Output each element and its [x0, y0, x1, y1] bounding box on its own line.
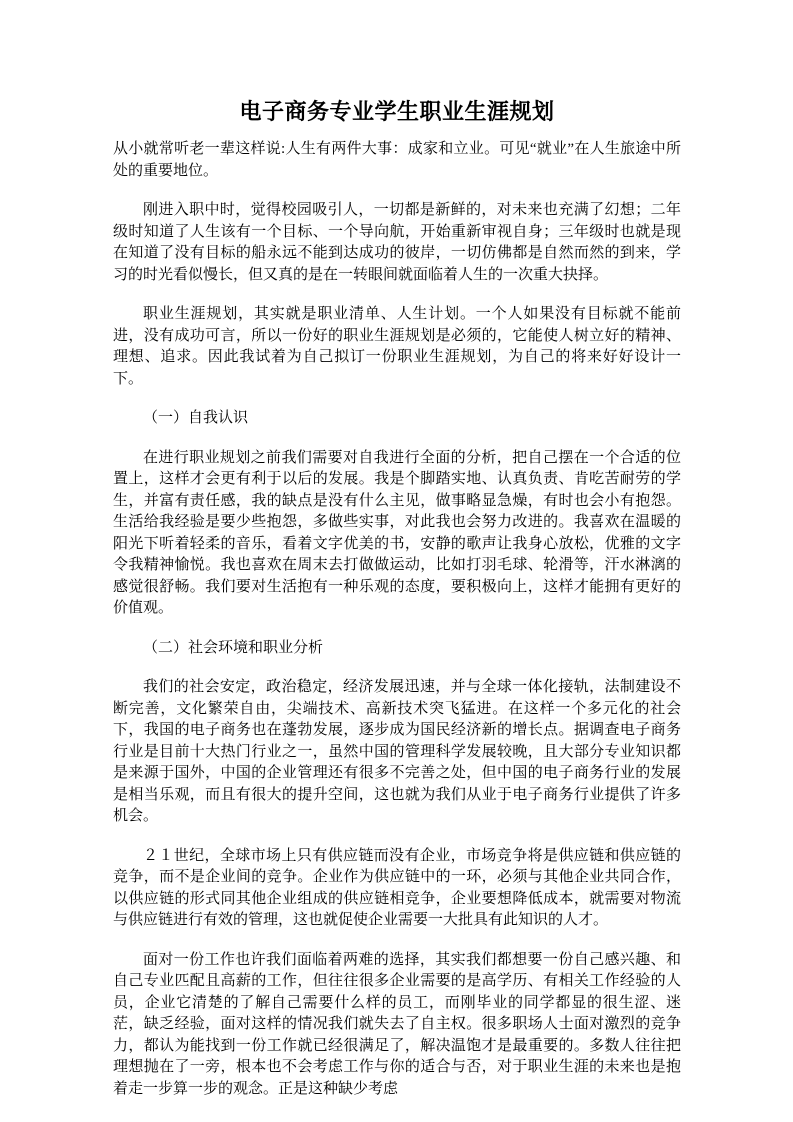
paragraph: 我们的社会安定，政治稳定，经济发展迅速，并与全球一体化接轨，法制建设不断完善，文…	[113, 677, 681, 828]
document-page: 电子商务专业学生职业生涯规划 从小就常听老一辈这样说:人生有两件大事：成家和立业…	[0, 0, 793, 1122]
section-heading-self-awareness: （一）自我认识	[113, 408, 681, 430]
paragraph: 刚进入职中时，觉得校园吸引人，一切都是新鲜的，对未来也充满了幻想；二年级时知道了…	[113, 200, 681, 286]
paragraph: 在进行职业规划之前我们需要对自我进行全面的分析，把自己摆在一个合适的位置上，这样…	[113, 448, 681, 620]
paragraph: ２１世纪，全球市场上只有供应链而没有企业，市场竞争将是供应链和供应链的竞争，而不…	[113, 846, 681, 932]
paragraph: 面对一份工作也许我们面临着两难的选择，其实我们都想要一份自己感兴趣、和自己专业匹…	[113, 950, 681, 1101]
section-heading-social-environment: （二）社会环境和职业分析	[113, 638, 681, 660]
document-title: 电子商务专业学生职业生涯规划	[113, 97, 681, 127]
paragraph: 职业生涯规划，其实就是职业清单、人生计划。一个人如果没有目标就不能前进，没有成功…	[113, 304, 681, 390]
paragraph-intro: 从小就常听老一辈这样说:人生有两件大事：成家和立业。可见“就业”在人生旅途中所处…	[113, 139, 681, 182]
